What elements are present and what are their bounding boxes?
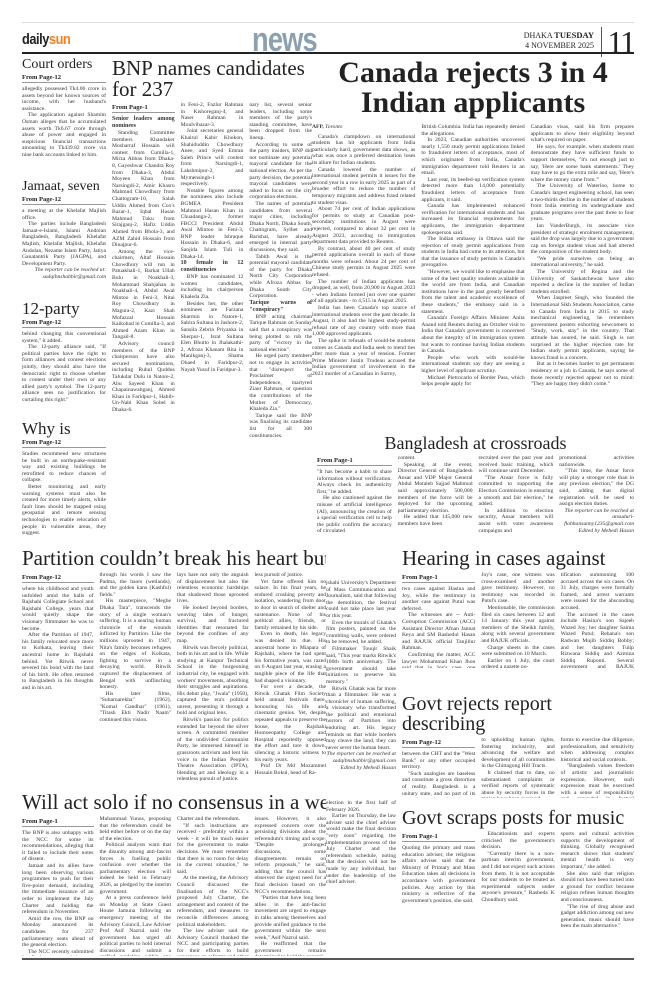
article-bangladesh-crossroads: Bangladesh at crossroads From Page-1 "It…	[317, 434, 634, 534]
article-govt-rejects: Govt rejects report describing From Page…	[402, 694, 634, 798]
article-bnp-candidates: BNP names candidates for 237 From Page-1…	[112, 58, 312, 538]
top-rule	[22, 22, 634, 23]
article-12-party: 12-party From Page-12 behind changing th…	[22, 300, 106, 404]
newspaper-page: dailysun news DHAKA TUESDAY 4 NOVEMBER 2…	[22, 0, 634, 984]
date-block: DHAKA TUESDAY 4 NOVEMBER 2025	[524, 30, 594, 51]
article-will-act-solo: Will act solo if no consensus in a week …	[22, 792, 326, 956]
article-partition-col5: jshahi University's Department of Mass C…	[326, 580, 396, 788]
masthead: dailysun news DHAKA TUESDAY 4 NOVEMBER 2…	[22, 25, 634, 51]
article-govt-scraps: Govt scraps posts for music From Page-1 …	[402, 808, 634, 956]
article-hearing-cases: Hearing in cases against From Page-1 two…	[402, 548, 634, 668]
article-why-is: Why is From Page-12 Studies recommend ne…	[22, 420, 106, 537]
daily-sun-logo: dailysun	[22, 31, 70, 48]
article-jamaat: Jamaat, seven From Page-12 a meeting at …	[22, 180, 106, 281]
article-partition: Partition couldn’t break his heart but l…	[22, 548, 326, 788]
article-will-act-col5: election in the first half of February 2…	[326, 800, 396, 956]
article-court-orders: Court orders From Page-12 allegedly poss…	[22, 58, 106, 159]
article-canada-rejects: Canada rejects 3 in 4 Indian applicants …	[312, 58, 634, 433]
masthead-rule	[22, 52, 634, 54]
bottom-rule	[22, 958, 634, 960]
